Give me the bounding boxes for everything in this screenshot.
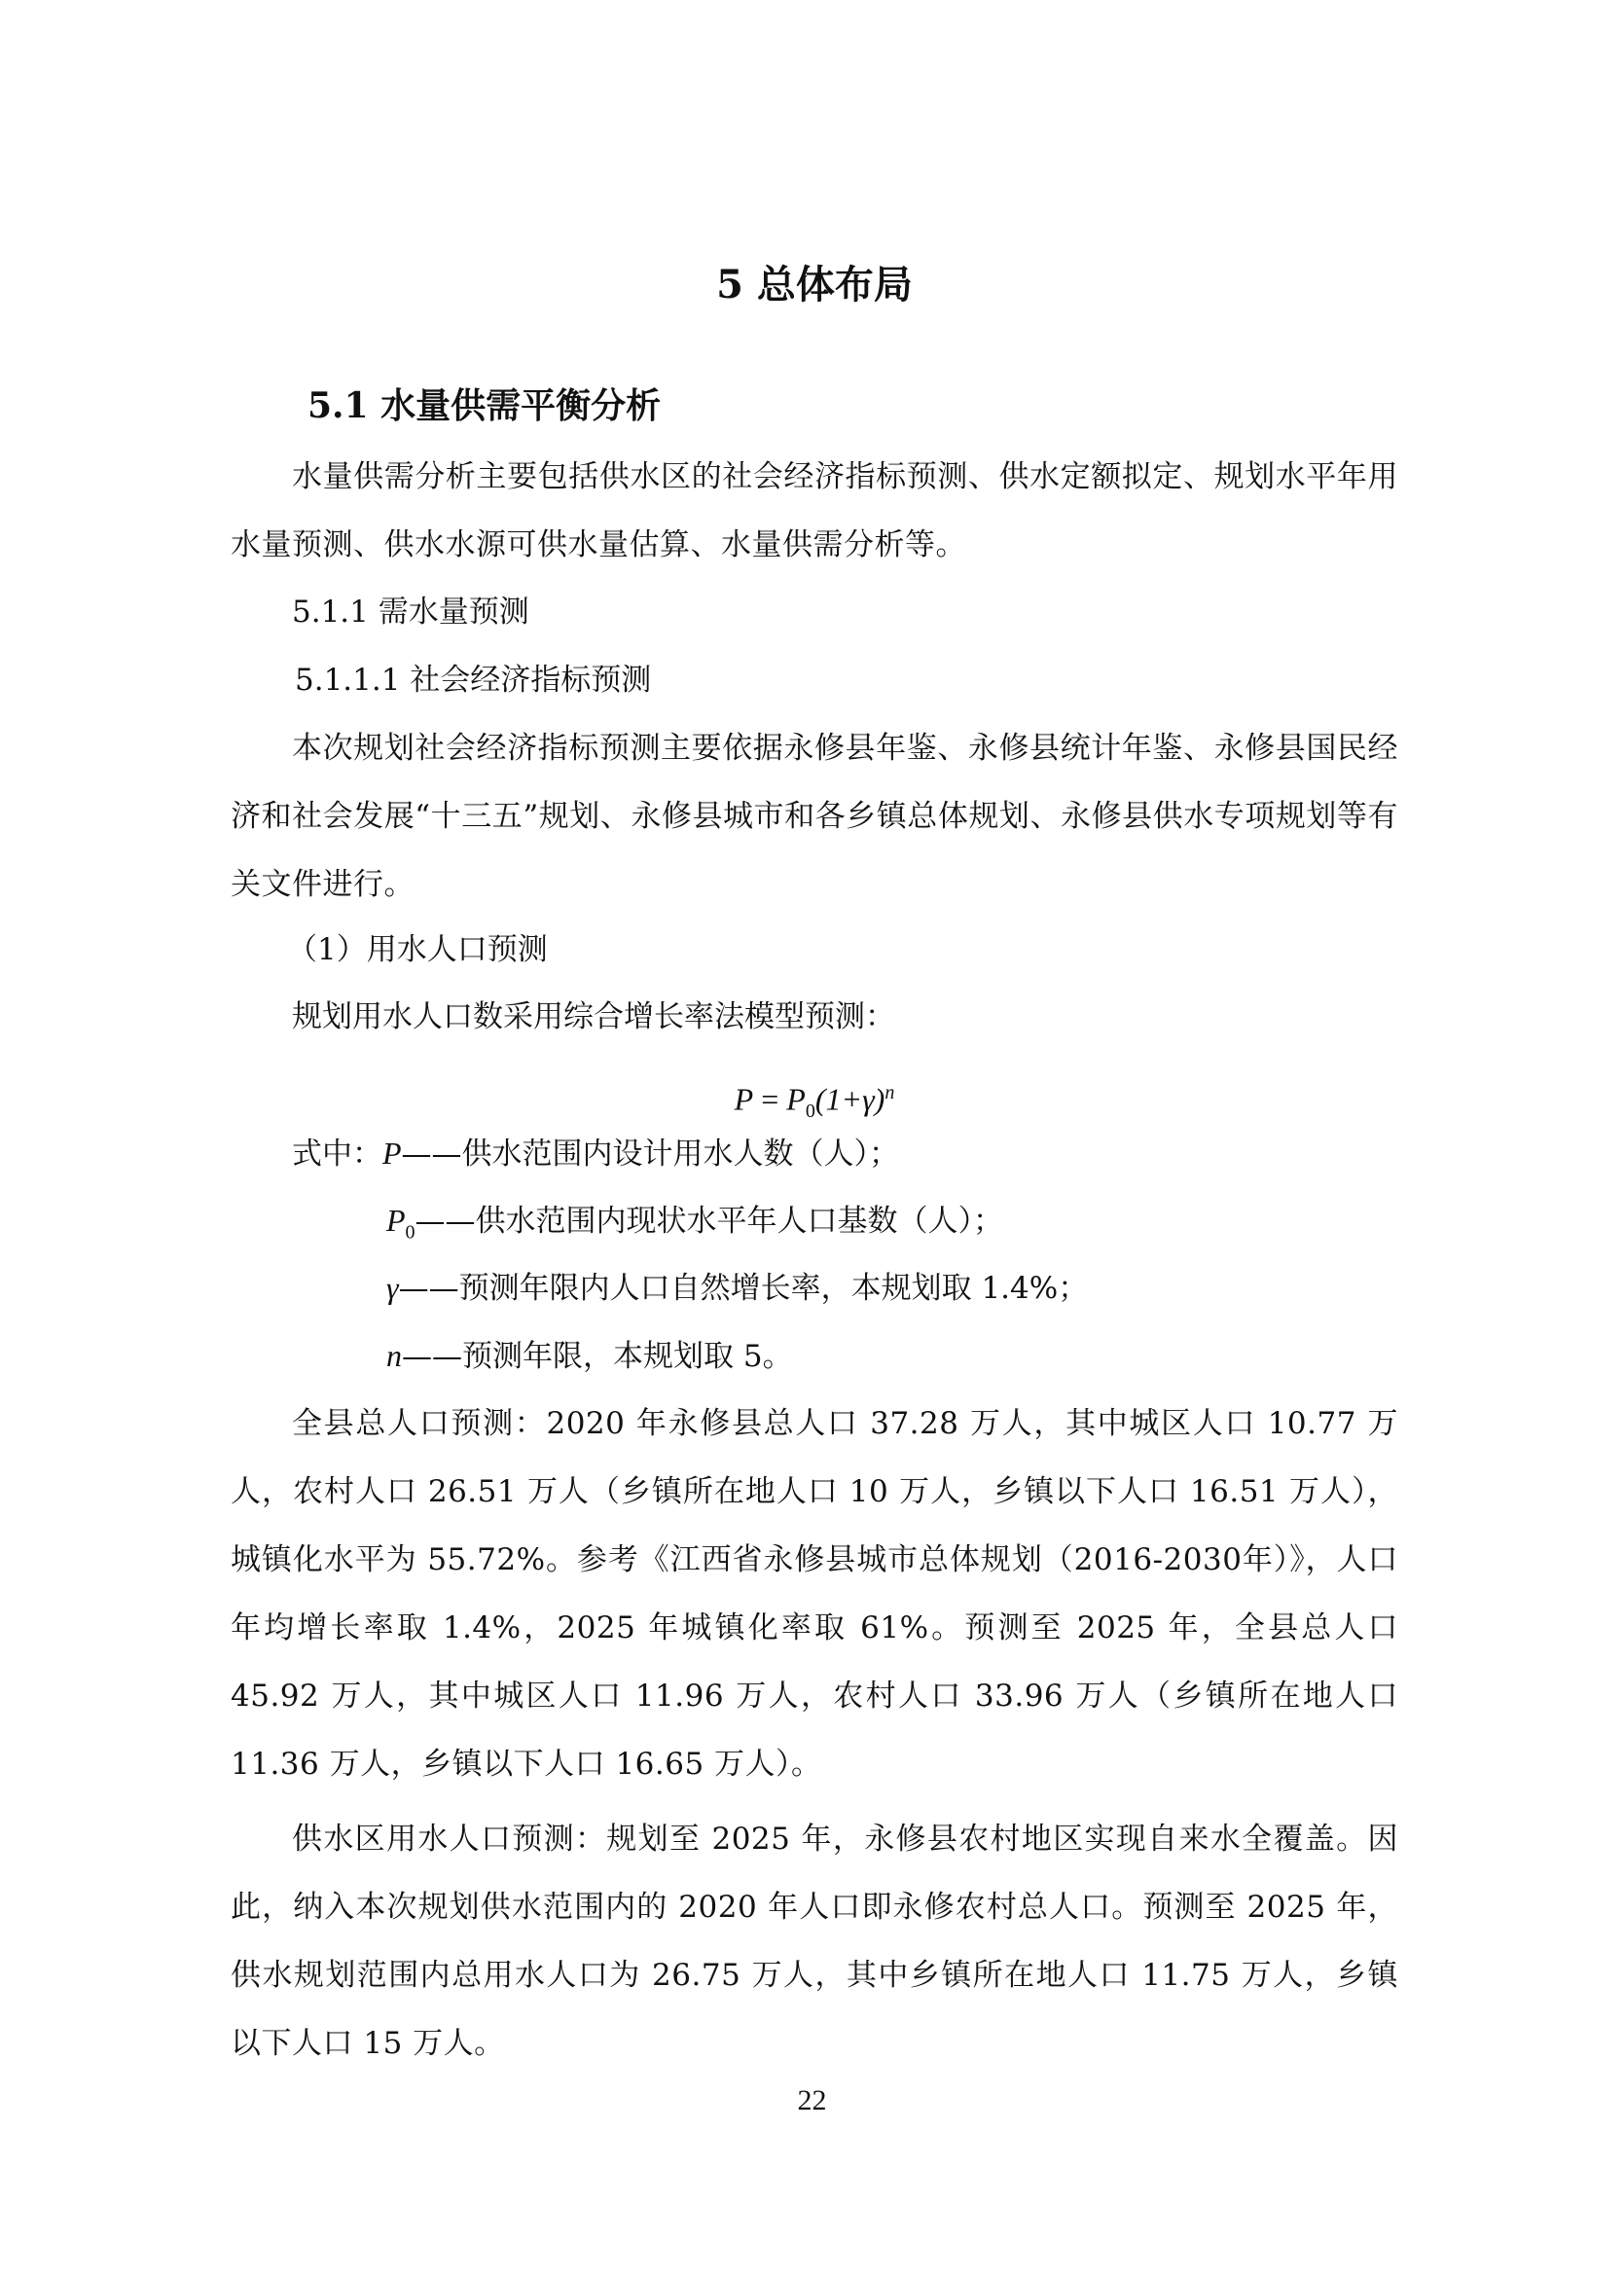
definition-row: P0——供水范围内现状水平年人口基数（人）； <box>386 1198 1003 1254</box>
item-title: （1）用水人口预测 <box>287 927 548 972</box>
definition-text: ——供水范围内现状水平年人口基数（人）； <box>415 1204 1004 1239</box>
growth-formula: P = P0(1+γ)n <box>231 1070 1398 1134</box>
definition-symbol: n <box>386 1333 402 1378</box>
definition-symbol: P0 <box>386 1198 415 1254</box>
definition-lead: 式中： <box>292 1137 382 1172</box>
definition-text: ——预测年限内人口自然增长率，本规划取 1.4%； <box>399 1271 1089 1306</box>
intro-paragraph: 水量供需分析主要包括供水区的社会经济指标预测、供水定额拟定、规划水平年用水量预测… <box>231 443 1398 579</box>
chapter-title: 5 总体布局 <box>231 261 1398 309</box>
definition-symbol: P <box>382 1131 402 1175</box>
basis-paragraph: 本次规划社会经济指标预测主要依据永修县年鉴、永修县统计年鉴、永修县国民经济和社会… <box>231 714 1398 919</box>
subsubsection-title: 5.1.1.1 社会经济指标预测 <box>295 658 651 703</box>
page-number: 22 <box>0 2084 1624 2117</box>
formula-p-sub: 0 <box>806 1101 815 1122</box>
formula-exp: n <box>884 1082 894 1103</box>
county-population-paragraph: 全县总人口预测：2020 年永修县总人口 37.28 万人，其中城区人口 10.… <box>231 1390 1398 1798</box>
definition-text: ——供水范围内设计用水人数（人）； <box>402 1137 900 1172</box>
definition-row: 式中：P——供水范围内设计用水人数（人）； <box>292 1131 899 1176</box>
section-title: 5.1 水量供需平衡分析 <box>307 383 661 428</box>
definition-symbol: γ <box>386 1265 399 1310</box>
supply-population-paragraph: 供水区用水人口预测：规划至 2025 年，永修县农村地区实现自来水全覆盖。因此，… <box>231 1805 1398 2077</box>
subsection-title: 5.1.1 需水量预测 <box>292 590 529 634</box>
formula-body: (1+γ) <box>815 1082 885 1117</box>
formula-eq: = <box>753 1082 786 1117</box>
definition-row: γ——预测年限内人口自然增长率，本规划取 1.4%； <box>386 1265 1088 1311</box>
formula-lhs: P <box>735 1082 754 1117</box>
method-sentence: 规划用水人口数采用综合增长率法模型预测： <box>292 994 895 1039</box>
formula-p: P <box>786 1082 806 1117</box>
definition-row: n——预测年限，本规划取 5。 <box>386 1333 793 1379</box>
definition-text: ——预测年限，本规划取 5。 <box>402 1339 793 1374</box>
